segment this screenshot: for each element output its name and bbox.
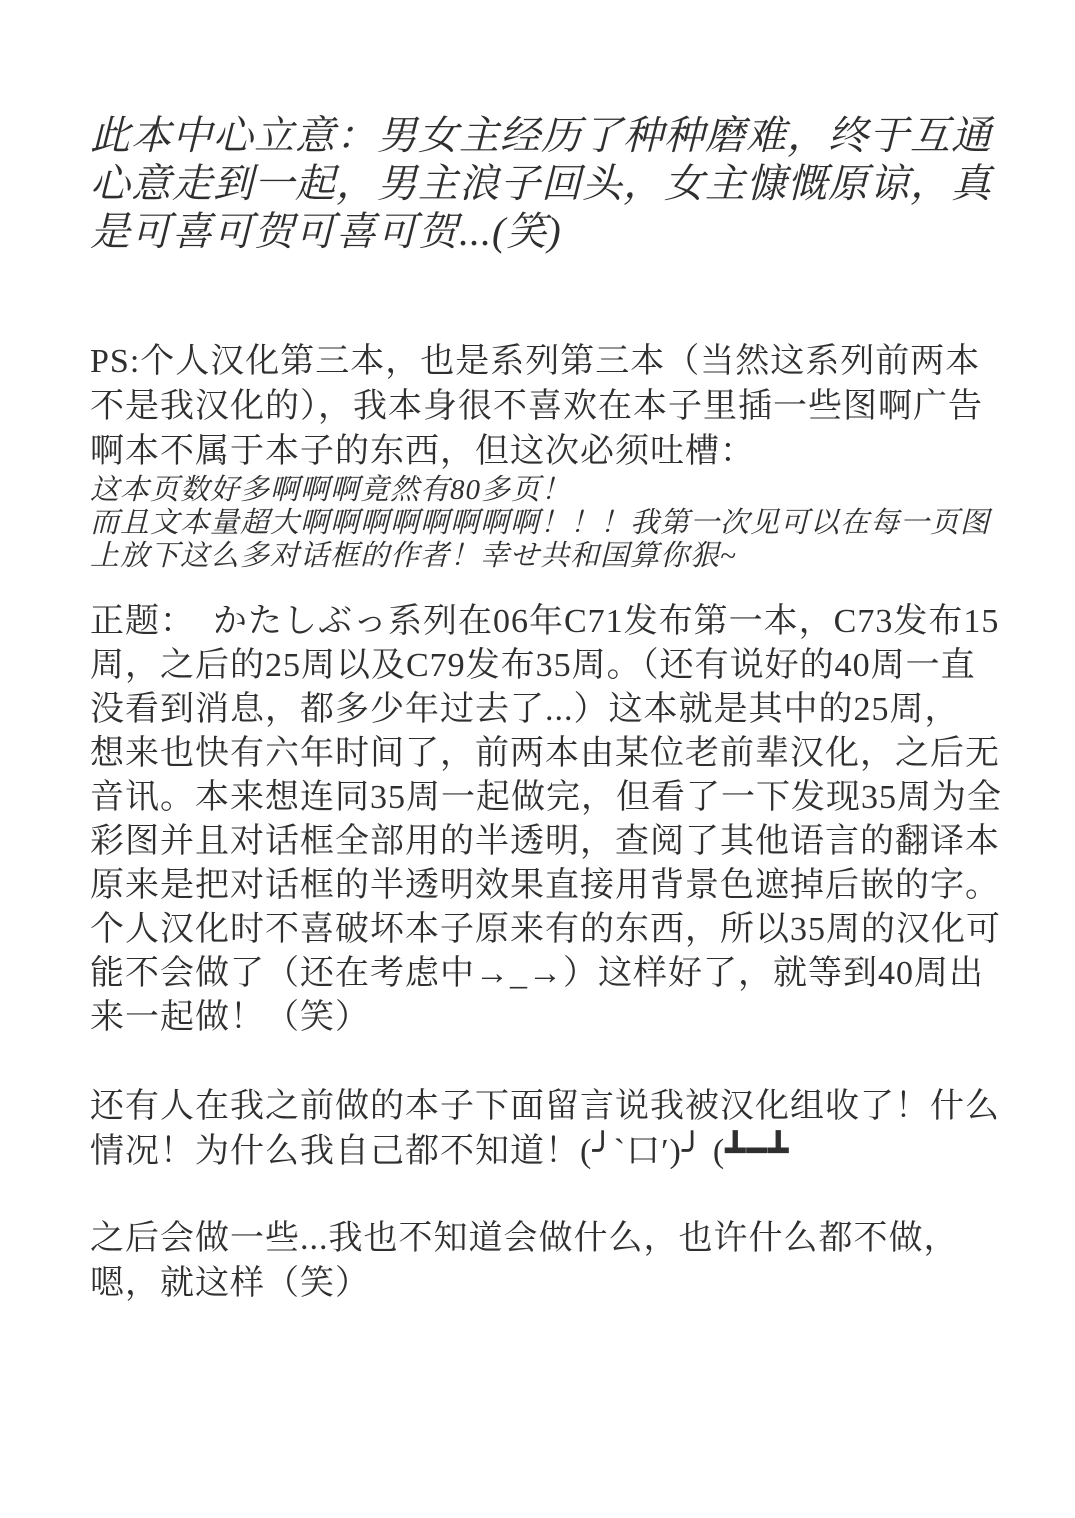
page-count-complaint-text: 这本页数好多啊啊啊竟然有80多页！ 而且文本量超大啊啊啊啊啊啊啊啊！！！我第一次… xyxy=(90,474,1010,573)
closing-note-text: 之后会做一些...我也不知道会做什么，也许什么都不做， 嗯，就这样（笑） xyxy=(90,1216,1010,1306)
ps-note-text: PS:个人汉化第三本，也是系列第三本（当然这系列前两本 不是我汉化的），我本身很… xyxy=(90,339,1010,474)
main-note-text: 正题： かたしぶっ系列在06年C71发布第一本，C73发布15 周，之后的25周… xyxy=(90,600,1010,1040)
opening-summary-text: 此本中心立意：男女主经历了种种磨难，终于互通 心意走到一起，男主浪子回头，女主慷… xyxy=(90,112,1010,256)
document-page: 此本中心立意：男女主经历了种种磨难，终于互通 心意走到一起，男主浪子回头，女主慷… xyxy=(0,0,1075,1518)
recruited-comment-text: 还有人在我之前做的本子下面留言说我被汉化组收了！什么 情况！为什么我自己都不知道… xyxy=(90,1084,1010,1174)
